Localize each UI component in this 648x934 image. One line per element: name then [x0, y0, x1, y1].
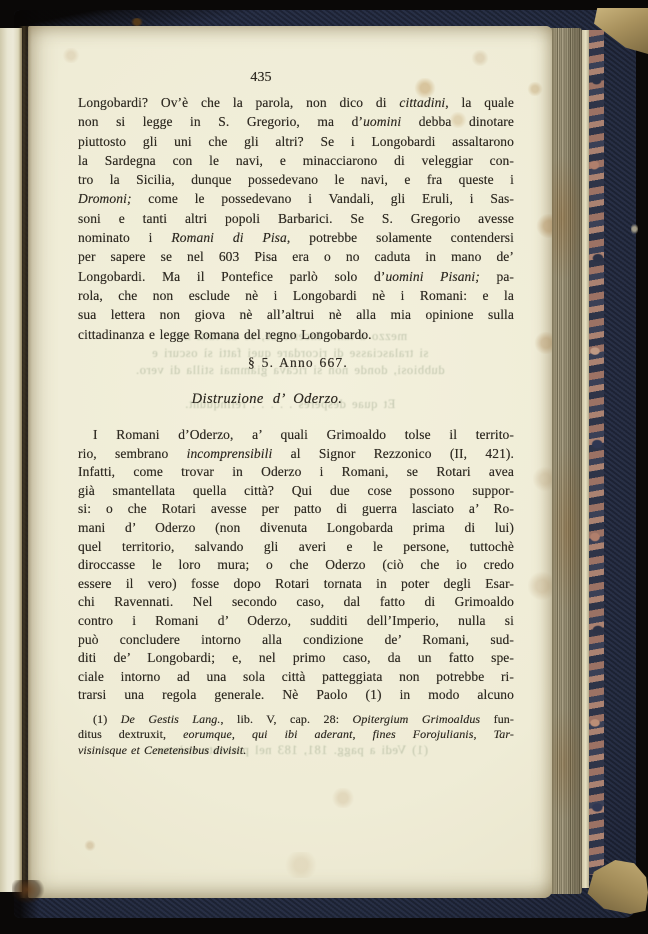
fore-edge-pages	[549, 28, 582, 894]
text-line: contro i Romani d’ Oderzo, sudditi dell’…	[78, 612, 514, 631]
text-line: tro la Sicilia, dunque possedevano le na…	[78, 170, 514, 189]
text-line: rio, sembrano incomprensibili al Signor …	[78, 445, 514, 464]
text-line: I Romani d’Oderzo, a’ quali Grimoaldo to…	[78, 426, 514, 445]
text-line: Longobardi. Ma il Pontefice parlò solo d…	[78, 267, 514, 286]
text-line: già smantellata quella città? Qui due co…	[78, 482, 514, 501]
page-number: 435	[28, 70, 494, 86]
cover-wear-speck	[631, 223, 638, 235]
text-line: ciale intorno ad una sola città patteggi…	[78, 668, 514, 687]
text-line: trarsi una regola generale. Nè Paolo (1)…	[78, 686, 514, 705]
text-line: cittadinanza e legge Romana del regno Lo…	[78, 325, 514, 344]
section-heading: § 5. Anno 667.	[66, 355, 530, 371]
body-paragraph-continuation: Longobardi? Ov’è che la parola, non dico…	[78, 93, 514, 344]
text-line: (1) De Gestis Lang., lib. V, cap. 28: Op…	[78, 712, 514, 727]
book-page: mezzo a tante incertezze, se da tutti no…	[28, 26, 552, 898]
debris-speck	[130, 18, 144, 26]
text-line: piuttosto gli uni che gli altri? Se i Lo…	[78, 132, 514, 151]
fore-edge-highlight	[582, 30, 589, 888]
scene: { "page": { "number": "435", "section_he…	[0, 0, 648, 934]
text-line: per sapere se nel 603 Pisa era o no cadu…	[78, 247, 514, 266]
body-paragraph-main: I Romani d’Oderzo, a’ quali Grimoaldo to…	[78, 426, 514, 705]
text-line: ditus dextruxit, eorumque, qui ibi adera…	[78, 727, 514, 742]
text-line: soni e tanti altri popoli Barbarici. Se …	[78, 209, 514, 228]
footnote: (1) De Gestis Lang., lib. V, cap. 28: Op…	[78, 712, 514, 758]
gutter-foot-shadow	[12, 880, 46, 904]
text-line: chi Ravennati. Nel secondo caso, dal fat…	[78, 593, 514, 612]
marbled-paper-edge	[589, 30, 604, 875]
text-line: Dromoni; come le possedevano i Vandali, …	[78, 189, 514, 208]
gutter-shadow	[19, 26, 32, 898]
text-line: la Sardegna con le navi, e minacciarono …	[78, 151, 514, 170]
text-line: rola, che non esclude nè i Longobardi nè…	[78, 286, 514, 305]
text-line: Longobardi? Ov’è che la parola, non dico…	[78, 93, 514, 112]
text-line: sua lettera non giova nè all’altrui nè a…	[78, 305, 514, 324]
text-line: diroccasse le loro mura; o che Oderzo (c…	[78, 556, 514, 575]
text-line: si: o che Rotari avesse per patto di gue…	[78, 500, 514, 519]
text-line: non si legge in S. Gregorio, ma d’uomini…	[78, 112, 514, 131]
text-line: nominato i Romani di Pisa, potrebbe sola…	[78, 228, 514, 247]
text-line: mani d’ Oderzo (non divenuta Longobarda …	[78, 519, 514, 538]
text-line: diti de’ Longobardi; e, nel primo caso, …	[78, 649, 514, 668]
text-line: può concludere intorno alla condizione d…	[78, 631, 514, 650]
text-line: visinisque et Cenetensibus divisit.	[78, 743, 514, 758]
text-line: Infatti, come trovar in Oderzo i Romani,…	[78, 463, 514, 482]
text-line: essere il vero) fosse dopo Rotari tornat…	[78, 575, 514, 594]
text-line: quel territorio, salvando gli averi e le…	[78, 538, 514, 557]
chapter-title: Distruzione d’ Oderzo.	[28, 391, 506, 408]
